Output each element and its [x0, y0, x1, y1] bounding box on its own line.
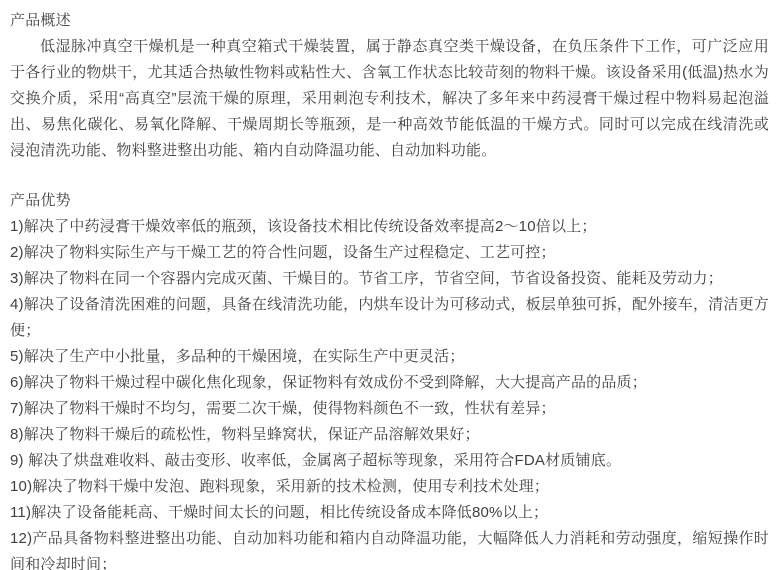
advantages-section-title: 产品优势: [10, 188, 769, 214]
document-page: 产品概述 低湿脉冲真空干燥机是一种真空箱式干燥装置，属于静态真空类干燥设备，在负…: [0, 0, 779, 570]
advantage-item-2: 2)解决了物料实际生产与干燥工艺的符合性问题，设备生产过程稳定、工艺可控；: [10, 240, 769, 266]
overview-paragraph: 低湿脉冲真空干燥机是一种真空箱式干燥装置，属于静态真空类干燥设备，在负压条件下工…: [10, 34, 769, 164]
advantage-item-12: 12)产品具备物料整进整出功能、自动加料功能和箱内自动降温功能，大幅降低人力消耗…: [10, 526, 769, 570]
advantage-item-10: 10)解决了物料干燥中发泡、跑料现象，采用新的技术检测，使用专利技术处理；: [10, 474, 769, 500]
advantage-item-7: 7)解决了物料干燥时不均匀，需要二次干燥，使得物料颜色不一致，性状有差异；: [10, 396, 769, 422]
advantage-item-8: 8)解决了物料干燥后的疏松性，物料呈蜂窝状，保证产品溶解效果好；: [10, 422, 769, 448]
advantage-item-5: 5)解决了生产中小批量，多品种的干燥困境，在实际生产中更灵活；: [10, 344, 769, 370]
advantage-item-4: 4)解决了设备清洗困难的问题，具备在线清洗功能，内烘车设计为可移动式，板层单独可…: [10, 292, 769, 344]
advantages-list: 1)解决了中药浸膏干燥效率低的瓶颈，该设备技术相比传统设备效率提高2～10倍以上…: [10, 214, 769, 570]
overview-section-title: 产品概述: [10, 8, 769, 34]
advantage-item-6: 6)解决了物料干燥过程中碳化焦化现象，保证物料有效成份不受到降解，大大提高产品的…: [10, 370, 769, 396]
advantage-item-9: 9) 解决了烘盘难收料、敲击变形、收率低，金属离子超标等现象，采用符合FDA材质…: [10, 448, 769, 474]
advantage-item-11: 11)解决了设备能耗高、干燥时间太长的问题，相比传统设备成本降低80%以上；: [10, 500, 769, 526]
advantage-item-1: 1)解决了中药浸膏干燥效率低的瓶颈，该设备技术相比传统设备效率提高2～10倍以上…: [10, 214, 769, 240]
advantage-item-3: 3)解决了物料在同一个容器内完成灭菌、干燥目的。节省工序，节省空间，节省设备投资…: [10, 266, 769, 292]
